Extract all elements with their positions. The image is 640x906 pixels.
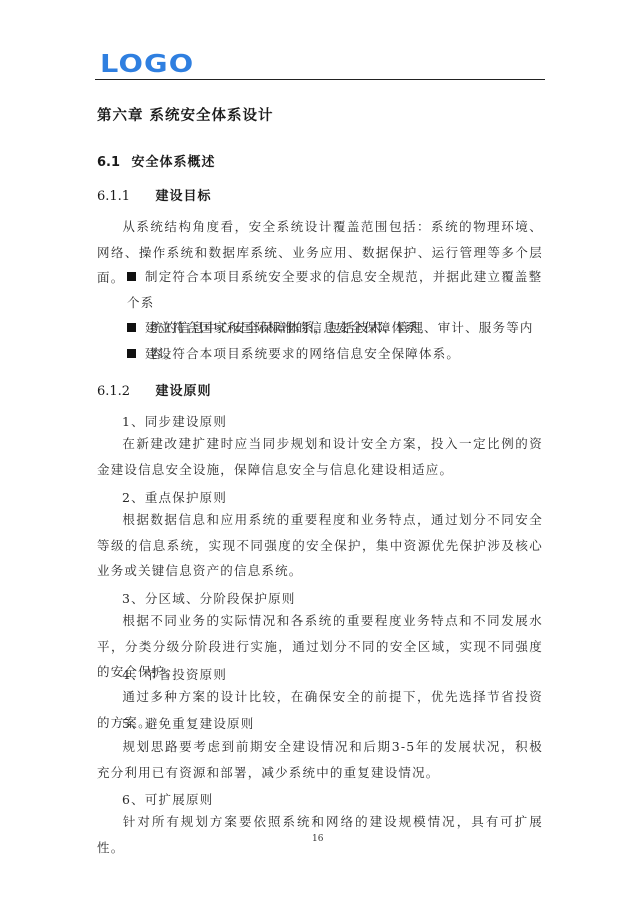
principle-title: 3、分区域、分阶段保护原则 <box>122 589 296 609</box>
square-bullet-icon <box>127 272 136 281</box>
header-divider <box>95 79 545 80</box>
subsection-heading-2: 6.1.2 建设原则 <box>97 380 212 399</box>
bullet-item: 建立符合国家和国际标准的信息安全保障体系。 <box>127 315 545 341</box>
subsection-number: 6.1.1 <box>97 189 151 204</box>
section-number: 6.1 <box>97 155 127 170</box>
chapter-title: 第六章 系统安全体系设计 <box>97 104 274 125</box>
page-number: 16 <box>312 834 323 844</box>
square-bullet-icon <box>127 349 136 358</box>
bullet-item: 建设符合本项目系统要求的网络信息安全保障体系。 <box>127 341 545 367</box>
principle-title: 1、同步建设原则 <box>122 412 227 432</box>
principle-title: 6、可扩展原则 <box>122 790 213 810</box>
logo: LOGO <box>100 50 194 78</box>
subsection-title: 建设原则 <box>156 384 212 399</box>
principle-title: 5、避免重复建设原则 <box>122 714 254 734</box>
principle-body: 规划思路要考虑到前期安全建设情况和后期3-5年的发展状况，积极充分利用已有资源和… <box>97 734 543 785</box>
section-title: 安全体系概述 <box>132 155 216 170</box>
subsection-number: 6.1.2 <box>97 384 151 399</box>
principle-body: 根据数据信息和应用系统的重要程度和业务特点，通过划分不同安全等级的信息系统，实现… <box>97 507 543 584</box>
principle-body: 在新建改建扩建时应当同步规划和设计安全方案，投入一定比例的资金建设信息安全设施，… <box>97 431 543 482</box>
subsection-heading-1: 6.1.1 建设目标 <box>97 185 212 204</box>
section-heading: 6.1 安全体系概述 <box>97 151 216 170</box>
subsection-title: 建设目标 <box>156 189 212 204</box>
principle-title: 4、节省投资原则 <box>122 665 227 685</box>
principle-title: 2、重点保护原则 <box>122 488 227 508</box>
square-bullet-icon <box>127 323 136 332</box>
